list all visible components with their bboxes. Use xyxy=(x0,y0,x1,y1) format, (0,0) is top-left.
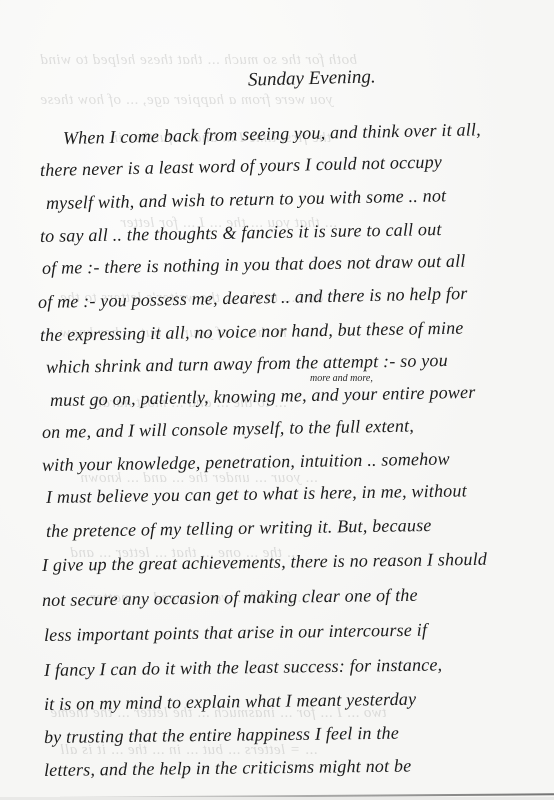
letter-line: to say all .. the thoughts & fancies it … xyxy=(40,219,442,247)
bleed-line: both for the so much ... that these help… xyxy=(40,52,357,69)
letter-line: not secure any occasion of making clear … xyxy=(42,585,418,611)
letter-line: of me :- you possess me, dearest .. and … xyxy=(38,283,468,313)
letter-line: which shrink and turn away from the atte… xyxy=(46,350,448,378)
letter-line: with your knowledge, penetration, intuit… xyxy=(42,449,450,476)
letter-page: both for the so much ... that these help… xyxy=(0,0,554,800)
letter-line: I must believe you can get to what is he… xyxy=(46,480,467,508)
letter-line: of me :- there is nothing in you that do… xyxy=(42,251,466,279)
letter-line: I give up the great achievements, there … xyxy=(42,549,487,576)
letter-line: When I come back from seeing you, and th… xyxy=(63,119,481,149)
letter-line: the pretence of my telling or writing it… xyxy=(46,515,432,542)
letter-line: letters, and the help in the criticisms … xyxy=(44,756,412,781)
bleed-line: you were from a happier age, ... of how … xyxy=(40,92,333,109)
letter-line: by trusting that the entire happiness I … xyxy=(44,723,399,748)
letter-line: the expressing it all, no voice nor hand… xyxy=(40,318,464,346)
letter-line: must go on, patiently, knowing me, and y… xyxy=(50,382,476,411)
letter-line: on me, and I will console myself, to the… xyxy=(42,416,414,443)
letter-line: it is on my mind to explain what I meant… xyxy=(44,689,417,715)
letter-line: myself with, and wish to return to you w… xyxy=(46,185,447,214)
letter-heading: Sunday Evening. xyxy=(248,66,376,91)
letter-line: I fancy I can do it with the least succe… xyxy=(44,654,443,681)
interlinear-insert: more and more, xyxy=(310,373,373,384)
letter-line: less important points that arise in our … xyxy=(44,620,427,646)
letter-line: there never is a least word of yours I c… xyxy=(40,152,442,181)
